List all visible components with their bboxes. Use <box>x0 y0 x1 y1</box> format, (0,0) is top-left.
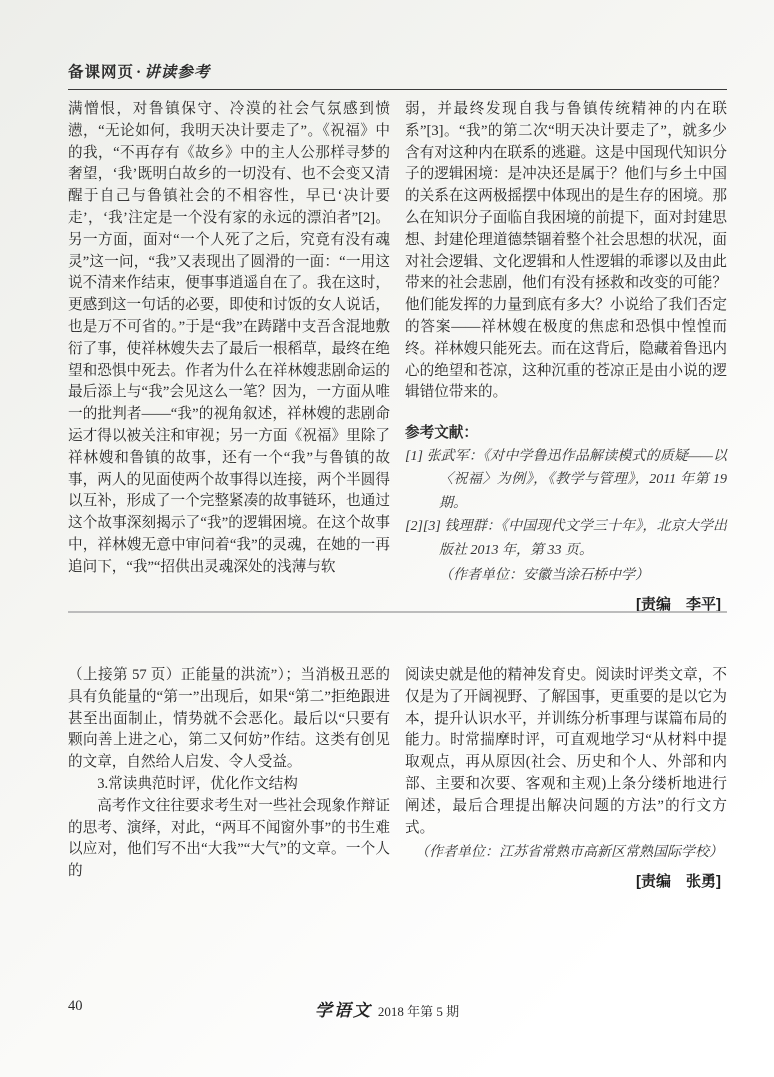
article2-right-text: 阅读史就是他的精神发育史。阅读时评类文章，不仅是为了开阔视野、了解国事，更重要的… <box>405 665 727 839</box>
reference-item: [2][3] 钱理群：《中国现代文学三十年》，北京大学出版社 2013 年，第 … <box>405 515 727 562</box>
reference-item: [1] 张武军：《对中学鲁迅作品解读模式的质疑——以〈祝福〉为例》，《教学与管理… <box>405 445 727 516</box>
article2-author-unit: （作者单位：江苏省常熟市高新区常熟国际学校） <box>405 841 727 865</box>
column-title-main: 备课网页 <box>68 64 134 81</box>
article2-left-paragraph1: （上接第 57 页）正能量的洪流”）；当消极丑恶的具有负能量的“第一”出现后，如… <box>68 665 390 774</box>
journal-line: 学语文2018 年第 5 期 <box>0 996 774 1021</box>
journal-name: 学语文 <box>315 1001 372 1020</box>
article1-author-unit: （作者单位：安徽当涂石桥中学） <box>405 564 727 588</box>
article1-right-text: 弱，并最终发现自我与鲁镇传统精神的内在联系”[3]。“我”的第二次“明天决计要走… <box>405 99 727 404</box>
page-header: 备课网页·讲读参考 <box>68 60 727 90</box>
column-title-sub: 讲读参考 <box>144 64 210 81</box>
references-title: 参考文献： <box>405 423 727 445</box>
article1-editor: [责编 李平] <box>405 592 727 618</box>
column-title: 备课网页·讲读参考 <box>68 64 210 81</box>
journal-issue: 2018 年第 5 期 <box>372 1004 459 1019</box>
article1-section: 满憎恨，对鲁镇保守、冷漠的社会气氛感到愤懑，“无论如何，我明天决计要走了”。《祝… <box>68 99 727 618</box>
section-divider <box>68 611 727 613</box>
article1-left-column: 满憎恨，对鲁镇保守、冷漠的社会气氛感到愤懑，“无论如何，我明天决计要走了”。《祝… <box>68 99 390 618</box>
article2-left-paragraph2: 高考作文往往要求考生对一些社会现象作辩证的思考、演绎，对此，“两耳不闻窗外事”的… <box>68 796 390 883</box>
column-title-separator: · <box>134 64 144 81</box>
article2-right-column: 阅读史就是他的精神发育史。阅读时评类文章，不仅是为了开阔视野、了解国事，更重要的… <box>405 665 727 895</box>
article2-editor: [责编 张勇] <box>405 869 727 895</box>
page-footer: 40 学语文2018 年第 5 期 <box>0 996 774 1026</box>
article2-section: （上接第 57 页）正能量的洪流”）；当消极丑恶的具有负能量的“第一”出现后，如… <box>68 665 727 895</box>
article2-subheading: 3.常读典范时评，优化作文结构 <box>68 774 390 796</box>
article1-right-column: 弱，并最终发现自我与鲁镇传统精神的内在联系”[3]。“我”的第二次“明天决计要走… <box>405 99 727 618</box>
article2-left-column: （上接第 57 页）正能量的洪流”）；当消极丑恶的具有负能量的“第一”出现后，如… <box>68 665 390 895</box>
article1-left-text: 满憎恨，对鲁镇保守、冷漠的社会气氛感到愤懑，“无论如何，我明天决计要走了”。《祝… <box>68 99 390 579</box>
